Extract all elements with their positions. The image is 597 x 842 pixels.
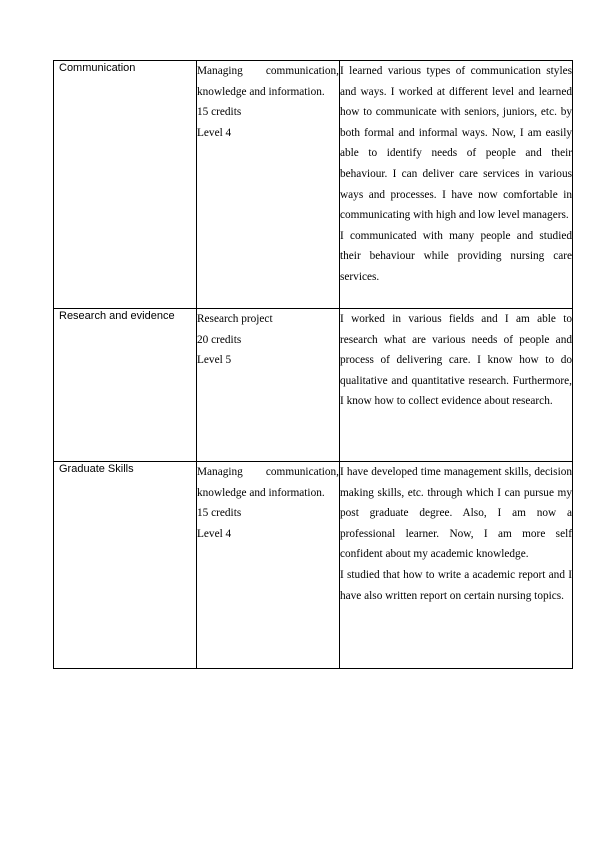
reflection-paragraph: I studied that how to write a academic r… bbox=[340, 565, 572, 606]
module-title: Managing communication, knowledge and in… bbox=[197, 61, 339, 102]
module-cell: Research project 20 credits Level 5 bbox=[197, 309, 340, 462]
module-cell: Managing communication, knowledge and in… bbox=[197, 61, 340, 309]
table-row: Communication Managing communication, kn… bbox=[54, 61, 573, 309]
reflection-cell: I have developed time management skills,… bbox=[340, 462, 573, 669]
skill-cell: Communication bbox=[54, 61, 197, 309]
module-credits: 15 credits bbox=[197, 503, 339, 524]
reflection-paragraph: I communicated with many people and stud… bbox=[340, 226, 572, 288]
module-level: Level 4 bbox=[197, 123, 339, 144]
module-title: Research project bbox=[197, 309, 339, 330]
module-level: Level 4 bbox=[197, 524, 339, 545]
table-row: Graduate Skills Managing communication, … bbox=[54, 462, 573, 669]
reflection-cell: I learned various types of communication… bbox=[340, 61, 573, 309]
reflection-paragraph: I learned various types of communication… bbox=[340, 61, 572, 226]
module-title: Managing communication, knowledge and in… bbox=[197, 462, 339, 503]
skill-name: Research and evidence bbox=[54, 309, 196, 323]
reflection-paragraph: I worked in various fields and I am able… bbox=[340, 309, 572, 412]
module-credits: 15 credits bbox=[197, 102, 339, 123]
skill-name: Communication bbox=[54, 61, 196, 75]
module-credits: 20 credits bbox=[197, 330, 339, 351]
skill-cell: Research and evidence bbox=[54, 309, 197, 462]
table-row: Research and evidence Research project 2… bbox=[54, 309, 573, 462]
module-cell: Managing communication, knowledge and in… bbox=[197, 462, 340, 669]
skill-cell: Graduate Skills bbox=[54, 462, 197, 669]
skill-name: Graduate Skills bbox=[54, 462, 196, 476]
reflection-cell: I worked in various fields and I am able… bbox=[340, 309, 573, 462]
module-level: Level 5 bbox=[197, 350, 339, 371]
document-page: Communication Managing communication, kn… bbox=[0, 0, 597, 842]
reflection-paragraph: I have developed time management skills,… bbox=[340, 462, 572, 565]
skills-table: Communication Managing communication, kn… bbox=[53, 60, 573, 669]
